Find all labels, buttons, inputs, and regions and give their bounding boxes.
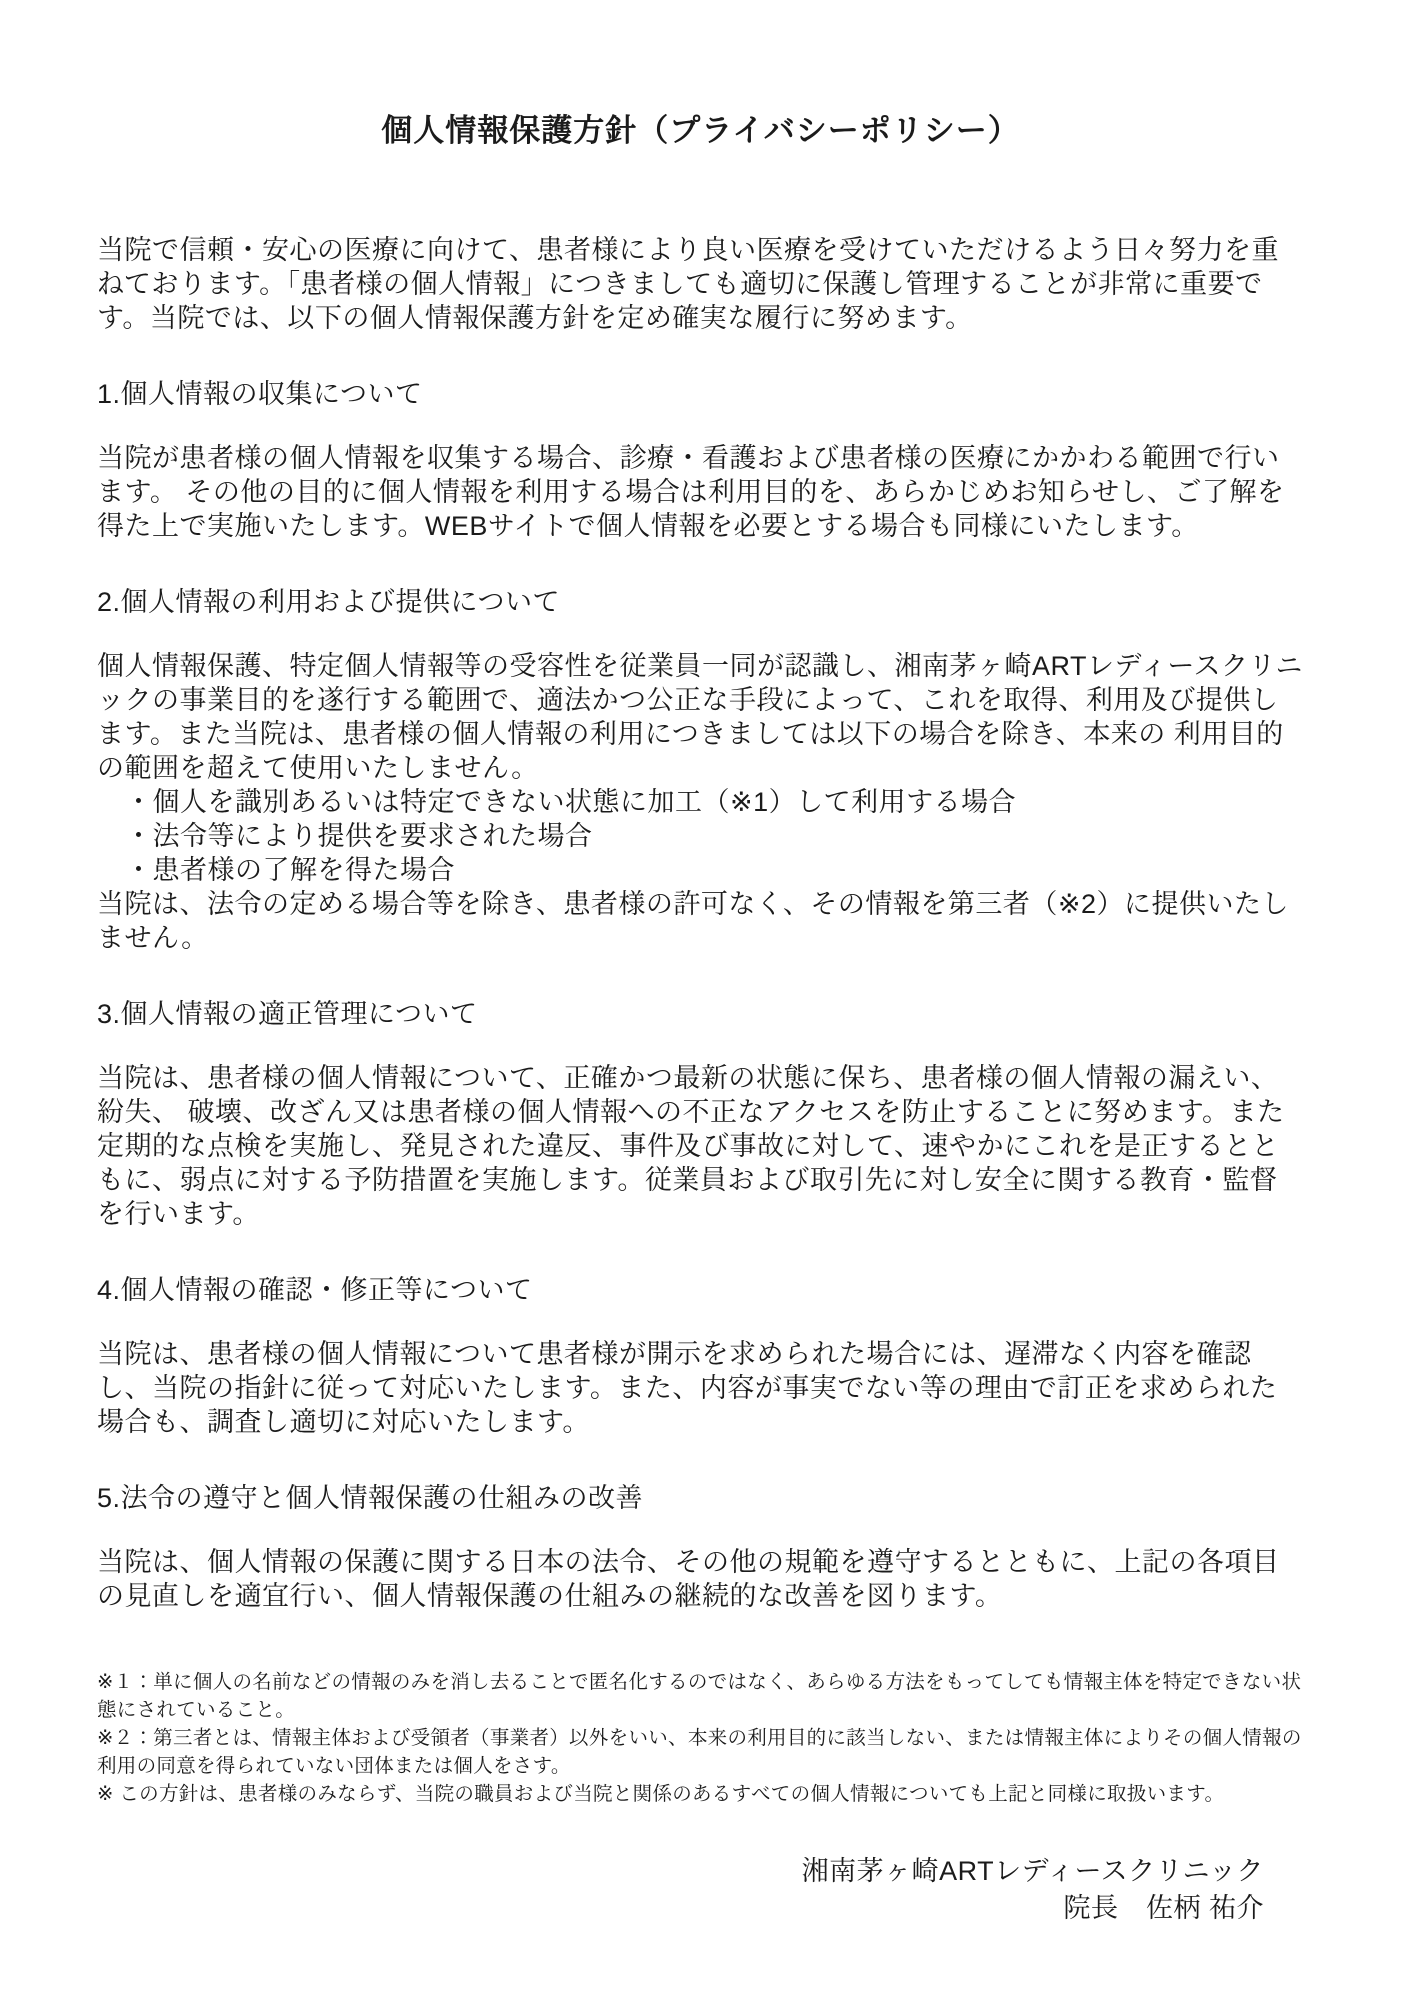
intro-paragraph: 当院で信頼・安心の医療に向けて、患者様により良い医療を受けていただけるよう日々努… — [97, 233, 1304, 335]
section-use-provision: 2.個人情報の利用および提供について 個人情報保護、特定個人情報等の受容性を従業… — [97, 585, 1304, 955]
section-confirmation-correction-heading: 4.個人情報の確認・修正等について — [97, 1273, 1304, 1307]
section-confirmation-correction: 4.個人情報の確認・修正等について 当院は、患者様の個人情報について患者様が開示… — [97, 1273, 1304, 1439]
section-collection-body: 当院が患者様の個人情報を収集する場合、診療・看護および患者様の医療にかかわる範囲… — [97, 441, 1304, 543]
section-proper-management: 3.個人情報の適正管理について 当院は、患者様の個人情報について、正確かつ最新の… — [97, 997, 1304, 1231]
section-collection: 1.個人情報の収集について 当院が患者様の個人情報を収集する場合、診療・看護およ… — [97, 377, 1304, 543]
section-confirmation-correction-body: 当院は、患者様の個人情報について患者様が開示を求められた場合には、遅滞なく内容を… — [97, 1337, 1304, 1439]
exception-bullet-list: ・個人を識別あるいは特定できない状態に加工（※1）して利用する場合 ・法令等によ… — [97, 785, 1304, 887]
section-use-provision-body: 個人情報保護、特定個人情報等の受容性を従業員一同が認識し、湘南茅ヶ崎ARTレディ… — [97, 649, 1304, 785]
section-compliance-improvement-body: 当院は、個人情報の保護に関する日本の法令、その他の規範を遵守するとともに、上記の… — [97, 1545, 1304, 1613]
section-collection-heading: 1.個人情報の収集について — [97, 377, 1304, 411]
section-proper-management-heading: 3.個人情報の適正管理について — [97, 997, 1304, 1031]
section-proper-management-body: 当院は、患者様の個人情報について、正確かつ最新の状態に保ち、患者様の個人情報の漏… — [97, 1061, 1304, 1231]
footnote-anonymization: ※１：単に個人の名前などの情報のみを消し去ることで匿名化するのではなく、あらゆる… — [97, 1668, 1304, 1724]
section-compliance-improvement-heading: 5.法令の遵守と個人情報保護の仕組みの改善 — [97, 1481, 1304, 1515]
bullet-item-anonymized: ・個人を識別あるいは特定できない状態に加工（※1）して利用する場合 — [125, 785, 1304, 819]
signature-director-name: 院長 佐柄 祐介 — [97, 1890, 1264, 1927]
section-use-provision-heading: 2.個人情報の利用および提供について — [97, 585, 1304, 619]
section-use-provision-closing: 当院は、法令の定める場合等を除き、患者様の許可なく、その情報を第三者（※2）に提… — [97, 887, 1304, 955]
footnotes-block: ※１：単に個人の名前などの情報のみを消し去ることで匿名化するのではなく、あらゆる… — [97, 1668, 1304, 1808]
footnote-third-party: ※２：第三者とは、情報主体および受領者（事業者）以外をいい、本来の利用目的に該当… — [97, 1724, 1304, 1780]
footnote-scope: ※ この方針は、患者様のみならず、当院の職員および当院と関係のあるすべての個人情… — [97, 1780, 1304, 1808]
privacy-policy-page: 個人情報保護方針（プライバシーポリシー） 当院で信頼・安心の医療に向けて、患者様… — [0, 0, 1414, 2000]
signature-block: 湘南茅ヶ崎ARTレディースクリニック 院長 佐柄 祐介 — [97, 1853, 1304, 1927]
signature-clinic-name: 湘南茅ヶ崎ARTレディースクリニック — [97, 1853, 1264, 1890]
page-title: 個人情報保護方針（プライバシーポリシー） — [97, 112, 1304, 149]
bullet-item-legal-request: ・法令等により提供を要求された場合 — [125, 819, 1304, 853]
bullet-item-patient-consent: ・患者様の了解を得た場合 — [125, 853, 1304, 887]
section-compliance-improvement: 5.法令の遵守と個人情報保護の仕組みの改善 当院は、個人情報の保護に関する日本の… — [97, 1481, 1304, 1613]
